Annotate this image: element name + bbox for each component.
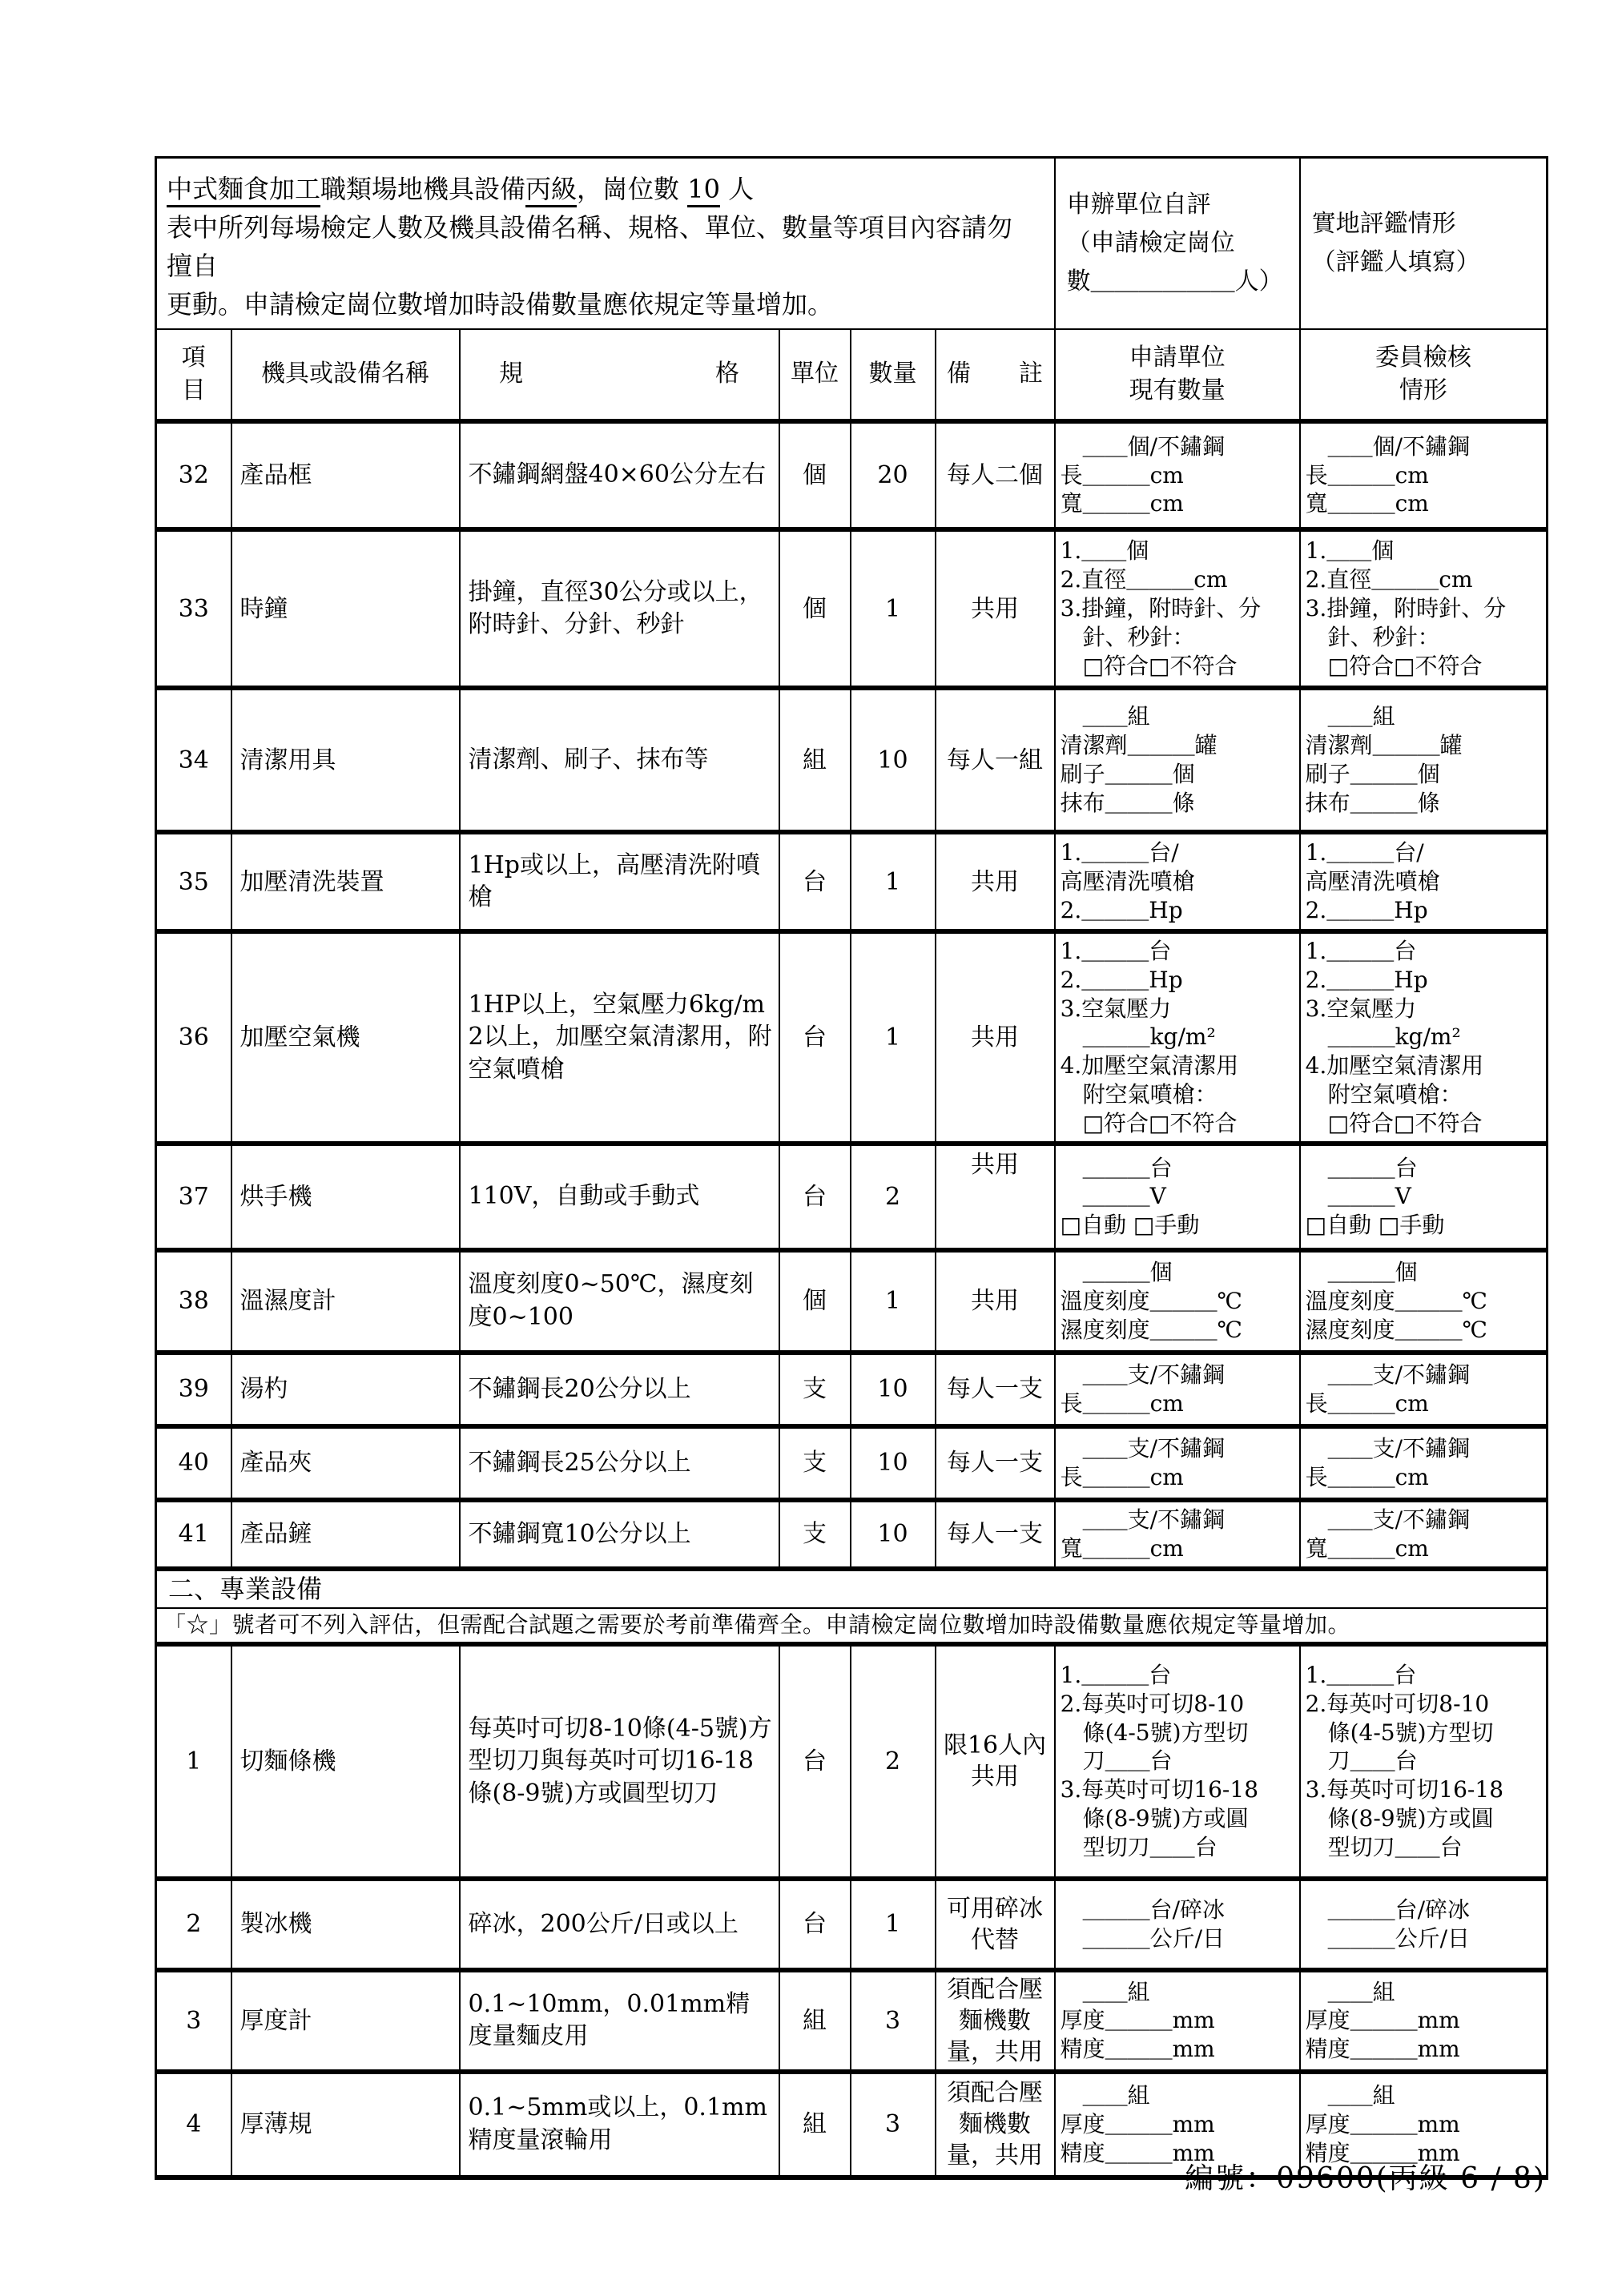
fill-in-line: ＿＿支/不鏽鋼 bbox=[1061, 1434, 1294, 1463]
site-eval-header: 實地評鑑情形 （評鑑人填寫） bbox=[1300, 158, 1548, 330]
col-header-text: 情形 bbox=[1306, 375, 1542, 408]
fill-in-line: ＿＿＿台/碎冰 bbox=[1306, 1896, 1542, 1924]
fill-in-line: 2.＿＿＿Hp bbox=[1061, 896, 1294, 925]
self-eval-line: 申辦單位自評 bbox=[1067, 186, 1294, 224]
fill-in-line: ＿＿支/不鏽鋼 bbox=[1306, 1361, 1542, 1389]
fill-in-line: ＿＿個/不鏽鋼 bbox=[1061, 432, 1294, 461]
fill-in-line: 3.每英吋可切16-18 bbox=[1061, 1775, 1294, 1804]
apply-quantity-cell: ＿＿個/不鏽鋼長＿＿＿cm寬＿＿＿cm bbox=[1055, 421, 1300, 529]
quantity-value: 1 bbox=[851, 832, 936, 931]
quantity-value: 2 bbox=[851, 1644, 936, 1879]
fill-in-line: 條(4-5號)方型切 bbox=[1061, 1719, 1294, 1747]
unit-value: 個 bbox=[779, 421, 851, 529]
col-header-text: 現有數量 bbox=[1061, 375, 1294, 408]
unit-value: 支 bbox=[779, 1500, 851, 1569]
equipment-table: 中式麵食加工職類場地機具設備丙級，崗位數 10 人 表中所列每場檢定人數及機具設… bbox=[155, 156, 1548, 2180]
equipment-spec: 不鏽鋼長20公分以上 bbox=[460, 1353, 779, 1426]
equipment-spec: 清潔劑、刷子、抹布等 bbox=[460, 688, 779, 832]
remark-value: 須配合壓麵機數量，共用 bbox=[936, 1970, 1055, 2072]
site-eval-line: 實地評鑑情形 bbox=[1312, 205, 1542, 243]
section2-note-row: 「☆」號者可不列入評估，但需配合試題之需要於考前準備齊全。申請檢定崗位數增加時設… bbox=[156, 1608, 1548, 1643]
fill-in-line: ＿＿支/不鏽鋼 bbox=[1061, 1361, 1294, 1389]
equipment-name: 厚度計 bbox=[231, 1970, 460, 2072]
equipment-name: 產品夾 bbox=[231, 1426, 460, 1500]
fill-in-line: ＿＿組 bbox=[1306, 702, 1542, 731]
equipment-spec: 碎冰，200公斤/日或以上 bbox=[460, 1879, 779, 1970]
fill-in-line: 3.掛鐘，附時針、分 bbox=[1306, 594, 1542, 623]
fill-in-line: 厚度＿＿＿mm bbox=[1306, 2110, 1542, 2139]
quantity-value: 10 bbox=[851, 688, 936, 832]
fill-in-line: 長＿＿＿cm bbox=[1061, 1389, 1294, 1418]
unit-value: 台 bbox=[779, 832, 851, 931]
quantity-value: 1 bbox=[851, 931, 936, 1144]
fill-in-line: ＿＿＿kg/m² bbox=[1061, 1023, 1294, 1051]
form-title-line4: 更動。申請檢定崗位數增加時設備數量應依規定等量增加。 bbox=[167, 285, 1049, 324]
committee-check-cell: ＿＿＿台 ＿＿＿V□自動 □手動 bbox=[1300, 1144, 1548, 1250]
fill-in-line: 2.每英吋可切8-10 bbox=[1306, 1690, 1542, 1719]
remark-value: 每人二個 bbox=[936, 421, 1055, 529]
equipment-spec: 0.1~10mm，0.01mm精度量麵皮用 bbox=[460, 1970, 779, 2072]
fill-in-line: ＿＿組 bbox=[1061, 702, 1294, 731]
quantity-value: 1 bbox=[851, 529, 936, 688]
apply-quantity-cell: ＿＿＿台 ＿＿＿V□自動 □手動 bbox=[1055, 1144, 1300, 1250]
fill-in-line: ＿＿＿台 bbox=[1061, 1154, 1294, 1183]
table-row: 2製冰機碎冰，200公斤/日或以上台1可用碎冰代替 ＿＿＿台/碎冰 ＿＿＿公斤/… bbox=[156, 1879, 1548, 1970]
fill-in-line: 長＿＿＿cm bbox=[1306, 461, 1542, 490]
fill-in-line: 4.加壓空氣清潔用 bbox=[1306, 1051, 1542, 1080]
fill-in-line: ＿＿＿個 bbox=[1061, 1258, 1294, 1287]
table-row: 34清潔用具清潔劑、刷子、抹布等組10每人一組 ＿＿組清潔劑＿＿＿罐刷子＿＿＿個… bbox=[156, 688, 1548, 832]
apply-quantity-cell: 1.＿＿個2.直徑＿＿＿cm3.掛鐘，附時針、分 針、秒針： □符合□不符合 bbox=[1055, 529, 1300, 688]
apply-quantity-cell: ＿＿支/不鏽鋼寬＿＿＿cm bbox=[1055, 1500, 1300, 1569]
row-number: 3 bbox=[156, 1970, 231, 2072]
equipment-name: 溫濕度計 bbox=[231, 1250, 460, 1353]
fill-in-line: 附空氣噴槍： bbox=[1061, 1080, 1294, 1109]
fill-in-line: 條(8-9號)方或圓 bbox=[1306, 1804, 1542, 1833]
row-number: 36 bbox=[156, 931, 231, 1144]
row-number: 32 bbox=[156, 421, 231, 529]
fill-in-line: ＿＿＿V bbox=[1061, 1182, 1294, 1211]
fill-in-line: 寬＿＿＿cm bbox=[1306, 489, 1542, 518]
remark-value: 每人一支 bbox=[936, 1426, 1055, 1500]
quantity-value: 1 bbox=[851, 1879, 936, 1970]
fill-in-line: 2.直徑＿＿＿cm bbox=[1306, 565, 1542, 594]
fill-in-line: □符合□不符合 bbox=[1306, 652, 1542, 681]
fill-in-line: ＿＿＿V bbox=[1306, 1182, 1542, 1211]
remark-value: 共用 bbox=[936, 1144, 1055, 1250]
col-header-apply: 申請單位 現有數量 bbox=[1055, 329, 1300, 421]
fill-in-line: ＿＿組 bbox=[1061, 1978, 1294, 2007]
row-number: 33 bbox=[156, 529, 231, 688]
table-row: 41產品鏟不鏽鋼寬10公分以上支10每人一支 ＿＿支/不鏽鋼寬＿＿＿cm ＿＿支… bbox=[156, 1500, 1548, 1569]
fill-in-line: 厚度＿＿＿mm bbox=[1306, 2006, 1542, 2035]
table-row: 32產品框不鏽鋼網盤40×60公分左右個20每人二個 ＿＿個/不鏽鋼長＿＿＿cm… bbox=[156, 421, 1548, 529]
unit-value: 台 bbox=[779, 1144, 851, 1250]
equipment-name: 湯杓 bbox=[231, 1353, 460, 1426]
row-number: 35 bbox=[156, 832, 231, 931]
fill-in-line: 長＿＿＿cm bbox=[1306, 1463, 1542, 1492]
unit-value: 組 bbox=[779, 688, 851, 832]
section2-title: 二、專業設備 bbox=[156, 1569, 1548, 1609]
col-header-spec: 規 格 bbox=[460, 329, 779, 421]
site-eval-line: （評鑑人填寫） bbox=[1312, 243, 1542, 282]
fill-in-line: 寬＿＿＿cm bbox=[1061, 1534, 1294, 1563]
fill-in-line: 1.＿＿＿台 bbox=[1306, 1661, 1542, 1690]
remark-value: 每人一支 bbox=[936, 1500, 1055, 1569]
apply-quantity-cell: ＿＿＿個溫度刻度＿＿＿℃濕度刻度＿＿＿℃ bbox=[1055, 1250, 1300, 1353]
fill-in-line: 刷子＿＿＿個 bbox=[1061, 760, 1294, 789]
committee-check-cell: ＿＿＿台/碎冰 ＿＿＿公斤/日 bbox=[1300, 1879, 1548, 1970]
committee-check-cell: 1.＿＿＿台/高壓清洗噴槍2.＿＿＿Hp bbox=[1300, 832, 1548, 931]
equipment-name: 烘手機 bbox=[231, 1144, 460, 1250]
remark-value: 共用 bbox=[936, 529, 1055, 688]
quantity-value: 10 bbox=[851, 1500, 936, 1569]
fill-in-line: ＿＿＿個 bbox=[1306, 1258, 1542, 1287]
col-header-text: 目 bbox=[162, 375, 226, 408]
fill-in-line: 寬＿＿＿cm bbox=[1306, 1534, 1542, 1563]
fill-in-line: ＿＿組 bbox=[1306, 1978, 1542, 2007]
fill-in-line: 長＿＿＿cm bbox=[1061, 1463, 1294, 1492]
table-row: 38溫濕度計溫度刻度0~50℃，濕度刻度0~100個1共用 ＿＿＿個溫度刻度＿＿… bbox=[156, 1250, 1548, 1353]
remark-value: 共用 bbox=[936, 931, 1055, 1144]
fill-in-line: 刀＿＿台 bbox=[1061, 1747, 1294, 1775]
fill-in-line: ＿＿＿台 bbox=[1306, 1154, 1542, 1183]
scanned-form-page: 中式麵食加工職類場地機具設備丙級，崗位數 10 人 表中所列每場檢定人數及機具設… bbox=[0, 0, 1622, 2296]
fill-in-line: ＿＿＿公斤/日 bbox=[1061, 1924, 1294, 1953]
committee-check-cell: ＿＿支/不鏽鋼寬＿＿＿cm bbox=[1300, 1500, 1548, 1569]
table-row: 3厚度計0.1~10mm，0.01mm精度量麵皮用組3須配合壓麵機數量，共用 ＿… bbox=[156, 1970, 1548, 2072]
table-row: 37烘手機110V，自動或手動式台2共用 ＿＿＿台 ＿＿＿V□自動 □手動 ＿＿… bbox=[156, 1144, 1548, 1250]
committee-check-cell: ＿＿支/不鏽鋼長＿＿＿cm bbox=[1300, 1353, 1548, 1426]
row-number: 34 bbox=[156, 688, 231, 832]
fill-in-line: 高壓清洗噴槍 bbox=[1061, 867, 1294, 896]
fill-in-line: 刷子＿＿＿個 bbox=[1306, 760, 1542, 789]
fill-in-line: 3.空氣壓力 bbox=[1306, 995, 1542, 1023]
unit-value: 個 bbox=[779, 1250, 851, 1353]
col-header-text: 申請單位 bbox=[1061, 342, 1294, 375]
remark-value: 可用碎冰代替 bbox=[936, 1879, 1055, 1970]
fill-in-line: 刀＿＿台 bbox=[1306, 1747, 1542, 1775]
quantity-value: 2 bbox=[851, 1144, 936, 1250]
equipment-name: 清潔用具 bbox=[231, 688, 460, 832]
fill-in-line: 濕度刻度＿＿＿℃ bbox=[1061, 1316, 1294, 1345]
col-header-text: 項 bbox=[162, 342, 226, 375]
fill-in-line: 3.空氣壓力 bbox=[1061, 995, 1294, 1023]
unit-value: 個 bbox=[779, 529, 851, 688]
title-text: 人 bbox=[720, 174, 754, 204]
fill-in-line: 清潔劑＿＿＿罐 bbox=[1061, 731, 1294, 760]
table-row: 1切麵條機每英吋可切8-10條(4-5號)方型切刀與每英吋可切16-18條(8-… bbox=[156, 1644, 1548, 1879]
unit-value: 台 bbox=[779, 931, 851, 1144]
equipment-spec: 1Hp或以上，高壓清洗附噴槍 bbox=[460, 832, 779, 931]
section2-title-row: 二、專業設備 bbox=[156, 1569, 1548, 1609]
quantity-value: 20 bbox=[851, 421, 936, 529]
fill-in-line: 2.每英吋可切8-10 bbox=[1061, 1690, 1294, 1719]
committee-check-cell: 1.＿＿＿台2.＿＿＿Hp3.空氣壓力 ＿＿＿kg/m²4.加壓空氣清潔用 附空… bbox=[1300, 931, 1548, 1144]
column-header-row: 項 目 機具或設備名稱 規 格 單位 數量 備 註 申請單位 現有數量 委員檢核… bbox=[156, 329, 1548, 421]
title-text: ，崗位數 bbox=[577, 174, 687, 204]
fill-in-line: ＿＿組 bbox=[1061, 2081, 1294, 2110]
fill-in-line: 抹布＿＿＿條 bbox=[1061, 789, 1294, 818]
fill-in-line: 精度＿＿＿mm bbox=[1061, 2035, 1294, 2064]
fill-in-line: 1.＿＿個 bbox=[1061, 537, 1294, 565]
fill-in-line: □符合□不符合 bbox=[1306, 1109, 1542, 1138]
equipment-spec: 不鏽鋼長25公分以上 bbox=[460, 1426, 779, 1500]
form-title-line1: 中式麵食加工職類場地機具設備丙級，崗位數 10 人 bbox=[167, 170, 1049, 208]
fill-in-line: 厚度＿＿＿mm bbox=[1061, 2006, 1294, 2035]
equipment-spec: 每英吋可切8-10條(4-5號)方型切刀與每英吋可切16-18條(8-9號)方或… bbox=[460, 1644, 779, 1879]
remark-value: 共用 bbox=[936, 832, 1055, 931]
fill-in-line: 1.＿＿＿台/ bbox=[1306, 838, 1542, 867]
fill-in-line: □自動 □手動 bbox=[1306, 1211, 1542, 1240]
row-number: 2 bbox=[156, 1879, 231, 1970]
fill-in-line: 長＿＿＿cm bbox=[1061, 461, 1294, 490]
self-eval-header: 申辦單位自評 （申請檢定崗位 數＿＿＿＿＿＿人） bbox=[1055, 158, 1300, 330]
unit-value: 支 bbox=[779, 1353, 851, 1426]
unit-value: 組 bbox=[779, 1970, 851, 2072]
fill-in-line: ＿＿組 bbox=[1306, 2081, 1542, 2110]
fill-in-line: 2.＿＿＿Hp bbox=[1061, 966, 1294, 995]
remark-value: 限16人內共用 bbox=[936, 1644, 1055, 1879]
fill-in-line: 1.＿＿＿台 bbox=[1061, 1661, 1294, 1690]
apply-quantity-cell: 1.＿＿＿台2.＿＿＿Hp3.空氣壓力 ＿＿＿kg/m²4.加壓空氣清潔用 附空… bbox=[1055, 931, 1300, 1144]
equipment-name: 產品框 bbox=[231, 421, 460, 529]
table-row: 33時鐘掛鐘，直徑30公分或以上，附時針、分針、秒針個1共用1.＿＿個2.直徑＿… bbox=[156, 529, 1548, 688]
fill-in-line: 針、秒針： bbox=[1061, 623, 1294, 652]
grade-label: 丙級 bbox=[525, 174, 577, 207]
fill-in-line: ＿＿＿kg/m² bbox=[1306, 1023, 1542, 1051]
equipment-spec: 不鏽鋼寬10公分以上 bbox=[460, 1500, 779, 1569]
fill-in-line: ＿＿支/不鏽鋼 bbox=[1306, 1506, 1542, 1534]
fill-in-line: ＿＿支/不鏽鋼 bbox=[1061, 1506, 1294, 1534]
equipment-name: 切麵條機 bbox=[231, 1644, 460, 1879]
fill-in-line: 精度＿＿＿mm bbox=[1306, 2035, 1542, 2064]
apply-quantity-cell: ＿＿組清潔劑＿＿＿罐刷子＿＿＿個抹布＿＿＿條 bbox=[1055, 688, 1300, 832]
page-number-footer: 編號：09600(丙級 6 / 8) bbox=[0, 2156, 1546, 2197]
self-eval-blank: 數＿＿＿＿＿＿人） bbox=[1067, 263, 1294, 301]
fill-in-line: ＿＿＿公斤/日 bbox=[1306, 1924, 1542, 1953]
table-row: 40產品夾不鏽鋼長25公分以上支10每人一支 ＿＿支/不鏽鋼長＿＿＿cm ＿＿支… bbox=[156, 1426, 1548, 1500]
equipment-spec: 1HP以上，空氣壓力6kg/m2以上，加壓空氣清潔用，附空氣噴槍 bbox=[460, 931, 779, 1144]
fill-in-line: 溫度刻度＿＿＿℃ bbox=[1061, 1287, 1294, 1316]
col-header-check: 委員檢核 情形 bbox=[1300, 329, 1548, 421]
apply-quantity-cell: ＿＿支/不鏽鋼長＿＿＿cm bbox=[1055, 1353, 1300, 1426]
fill-in-line: 3.每英吋可切16-18 bbox=[1306, 1775, 1542, 1804]
unit-value: 台 bbox=[779, 1644, 851, 1879]
quantity-value: 3 bbox=[851, 1970, 936, 2072]
fill-in-line: 寬＿＿＿cm bbox=[1061, 489, 1294, 518]
col-header-item: 項 目 bbox=[156, 329, 231, 421]
row-number: 40 bbox=[156, 1426, 231, 1500]
fill-in-line: 1.＿＿＿台 bbox=[1061, 937, 1294, 966]
equipment-name: 製冰機 bbox=[231, 1879, 460, 1970]
equipment-spec: 110V，自動或手動式 bbox=[460, 1144, 779, 1250]
fill-in-line: 條(8-9號)方或圓 bbox=[1061, 1804, 1294, 1833]
fill-in-line: 長＿＿＿cm bbox=[1306, 1389, 1542, 1418]
equipment-name: 產品鏟 bbox=[231, 1500, 460, 1569]
row-number: 37 bbox=[156, 1144, 231, 1250]
fill-in-line: 1.＿＿＿台/ bbox=[1061, 838, 1294, 867]
section2-note: 「☆」號者可不列入評估，但需配合試題之需要於考前準備齊全。申請檢定崗位數增加時設… bbox=[156, 1608, 1548, 1643]
apply-quantity-cell: ＿＿支/不鏽鋼長＿＿＿cm bbox=[1055, 1426, 1300, 1500]
fill-in-line: □符合□不符合 bbox=[1061, 652, 1294, 681]
quantity-value: 10 bbox=[851, 1353, 936, 1426]
committee-check-cell: 1.＿＿個2.直徑＿＿＿cm3.掛鐘，附時針、分 針、秒針： □符合□不符合 bbox=[1300, 529, 1548, 688]
fill-in-line: 2.＿＿＿Hp bbox=[1306, 966, 1542, 995]
committee-check-cell: ＿＿組厚度＿＿＿mm精度＿＿＿mm bbox=[1300, 1970, 1548, 2072]
table-row: 36加壓空氣機1HP以上，空氣壓力6kg/m2以上，加壓空氣清潔用，附空氣噴槍台… bbox=[156, 931, 1548, 1144]
apply-quantity-cell: 1.＿＿＿台2.每英吋可切8-10 條(4-5號)方型切 刀＿＿台3.每英吋可切… bbox=[1055, 1644, 1300, 1879]
fill-in-line: 型切刀＿＿台 bbox=[1061, 1833, 1294, 1862]
col-header-qty: 數量 bbox=[851, 329, 936, 421]
table-row: 35加壓清洗裝置1Hp或以上，高壓清洗附噴槍台1共用1.＿＿＿台/高壓清洗噴槍2… bbox=[156, 832, 1548, 931]
fill-in-line: 高壓清洗噴槍 bbox=[1306, 867, 1542, 896]
table-row: 39湯杓不鏽鋼長20公分以上支10每人一支 ＿＿支/不鏽鋼長＿＿＿cm ＿＿支/… bbox=[156, 1353, 1548, 1426]
fill-in-line: 2.＿＿＿Hp bbox=[1306, 896, 1542, 925]
row-number: 1 bbox=[156, 1644, 231, 1879]
unit-value: 台 bbox=[779, 1879, 851, 1970]
form-title-cell: 中式麵食加工職類場地機具設備丙級，崗位數 10 人 表中所列每場檢定人數及機具設… bbox=[156, 158, 1055, 330]
unit-value: 支 bbox=[779, 1426, 851, 1500]
committee-check-cell: ＿＿＿個溫度刻度＿＿＿℃濕度刻度＿＿＿℃ bbox=[1300, 1250, 1548, 1353]
table-header-band: 中式麵食加工職類場地機具設備丙級，崗位數 10 人 表中所列每場檢定人數及機具設… bbox=[156, 158, 1548, 330]
committee-check-cell: 1.＿＿＿台2.每英吋可切8-10 條(4-5號)方型切 刀＿＿台3.每英吋可切… bbox=[1300, 1644, 1548, 1879]
form-title-line2: 表中所列每場檢定人數及機具設備名稱、規格、單位、數量等項目內容請勿 bbox=[167, 208, 1049, 247]
fill-in-line: □符合□不符合 bbox=[1061, 1109, 1294, 1138]
title-text: 職類場地機具設備 bbox=[320, 174, 525, 204]
fill-in-line: 4.加壓空氣清潔用 bbox=[1061, 1051, 1294, 1080]
equipment-spec: 溫度刻度0~50℃，濕度刻度0~100 bbox=[460, 1250, 779, 1353]
remark-value: 每人一組 bbox=[936, 688, 1055, 832]
fill-in-line: ＿＿個/不鏽鋼 bbox=[1306, 432, 1542, 461]
committee-check-cell: ＿＿支/不鏽鋼長＿＿＿cm bbox=[1300, 1426, 1548, 1500]
row-number: 41 bbox=[156, 1500, 231, 1569]
committee-check-cell: ＿＿個/不鏽鋼長＿＿＿cm寬＿＿＿cm bbox=[1300, 421, 1548, 529]
fill-in-line: 1.＿＿＿台 bbox=[1306, 937, 1542, 966]
equipment-name: 加壓空氣機 bbox=[231, 931, 460, 1144]
trade-name: 中式麵食加工 bbox=[167, 174, 320, 207]
fill-in-line: 3.掛鐘，附時針、分 bbox=[1061, 594, 1294, 623]
fill-in-line: 附空氣噴槍： bbox=[1306, 1080, 1542, 1109]
col-header-text: 委員檢核 bbox=[1306, 342, 1542, 375]
fill-in-line: 厚度＿＿＿mm bbox=[1061, 2110, 1294, 2139]
row-number: 38 bbox=[156, 1250, 231, 1353]
fill-in-line: 溫度刻度＿＿＿℃ bbox=[1306, 1287, 1542, 1316]
fill-in-line: ＿＿支/不鏽鋼 bbox=[1306, 1434, 1542, 1463]
fill-in-line: 清潔劑＿＿＿罐 bbox=[1306, 731, 1542, 760]
equipment-spec: 掛鐘，直徑30公分或以上，附時針、分針、秒針 bbox=[460, 529, 779, 688]
equipment-name: 時鐘 bbox=[231, 529, 460, 688]
form-title-line3: 擅自 bbox=[167, 247, 1049, 285]
equipment-name: 加壓清洗裝置 bbox=[231, 832, 460, 931]
station-count: 10 bbox=[687, 174, 720, 207]
fill-in-line: 2.直徑＿＿＿cm bbox=[1061, 565, 1294, 594]
quantity-value: 1 bbox=[851, 1250, 936, 1353]
fill-in-line: 型切刀＿＿台 bbox=[1306, 1833, 1542, 1862]
apply-quantity-cell: 1.＿＿＿台/高壓清洗噴槍2.＿＿＿Hp bbox=[1055, 832, 1300, 931]
remark-value: 共用 bbox=[936, 1250, 1055, 1353]
self-eval-line: （申請檢定崗位 bbox=[1067, 224, 1294, 263]
equipment-spec: 不鏽鋼網盤40×60公分左右 bbox=[460, 421, 779, 529]
row-number: 39 bbox=[156, 1353, 231, 1426]
fill-in-line: 抹布＿＿＿條 bbox=[1306, 789, 1542, 818]
col-header-note: 備 註 bbox=[936, 329, 1055, 421]
col-header-name: 機具或設備名稱 bbox=[231, 329, 460, 421]
col-header-unit: 單位 bbox=[779, 329, 851, 421]
fill-in-line: 條(4-5號)方型切 bbox=[1306, 1719, 1542, 1747]
fill-in-line: ＿＿＿台/碎冰 bbox=[1061, 1896, 1294, 1924]
apply-quantity-cell: ＿＿組厚度＿＿＿mm精度＿＿＿mm bbox=[1055, 1970, 1300, 2072]
remark-value: 每人一支 bbox=[936, 1353, 1055, 1426]
fill-in-line: 1.＿＿個 bbox=[1306, 537, 1542, 565]
quantity-value: 10 bbox=[851, 1426, 936, 1500]
fill-in-line: 針、秒針： bbox=[1306, 623, 1542, 652]
apply-quantity-cell: ＿＿＿台/碎冰 ＿＿＿公斤/日 bbox=[1055, 1879, 1300, 1970]
fill-in-line: □自動 □手動 bbox=[1061, 1211, 1294, 1240]
committee-check-cell: ＿＿組清潔劑＿＿＿罐刷子＿＿＿個抹布＿＿＿條 bbox=[1300, 688, 1548, 832]
fill-in-line: 濕度刻度＿＿＿℃ bbox=[1306, 1316, 1542, 1345]
